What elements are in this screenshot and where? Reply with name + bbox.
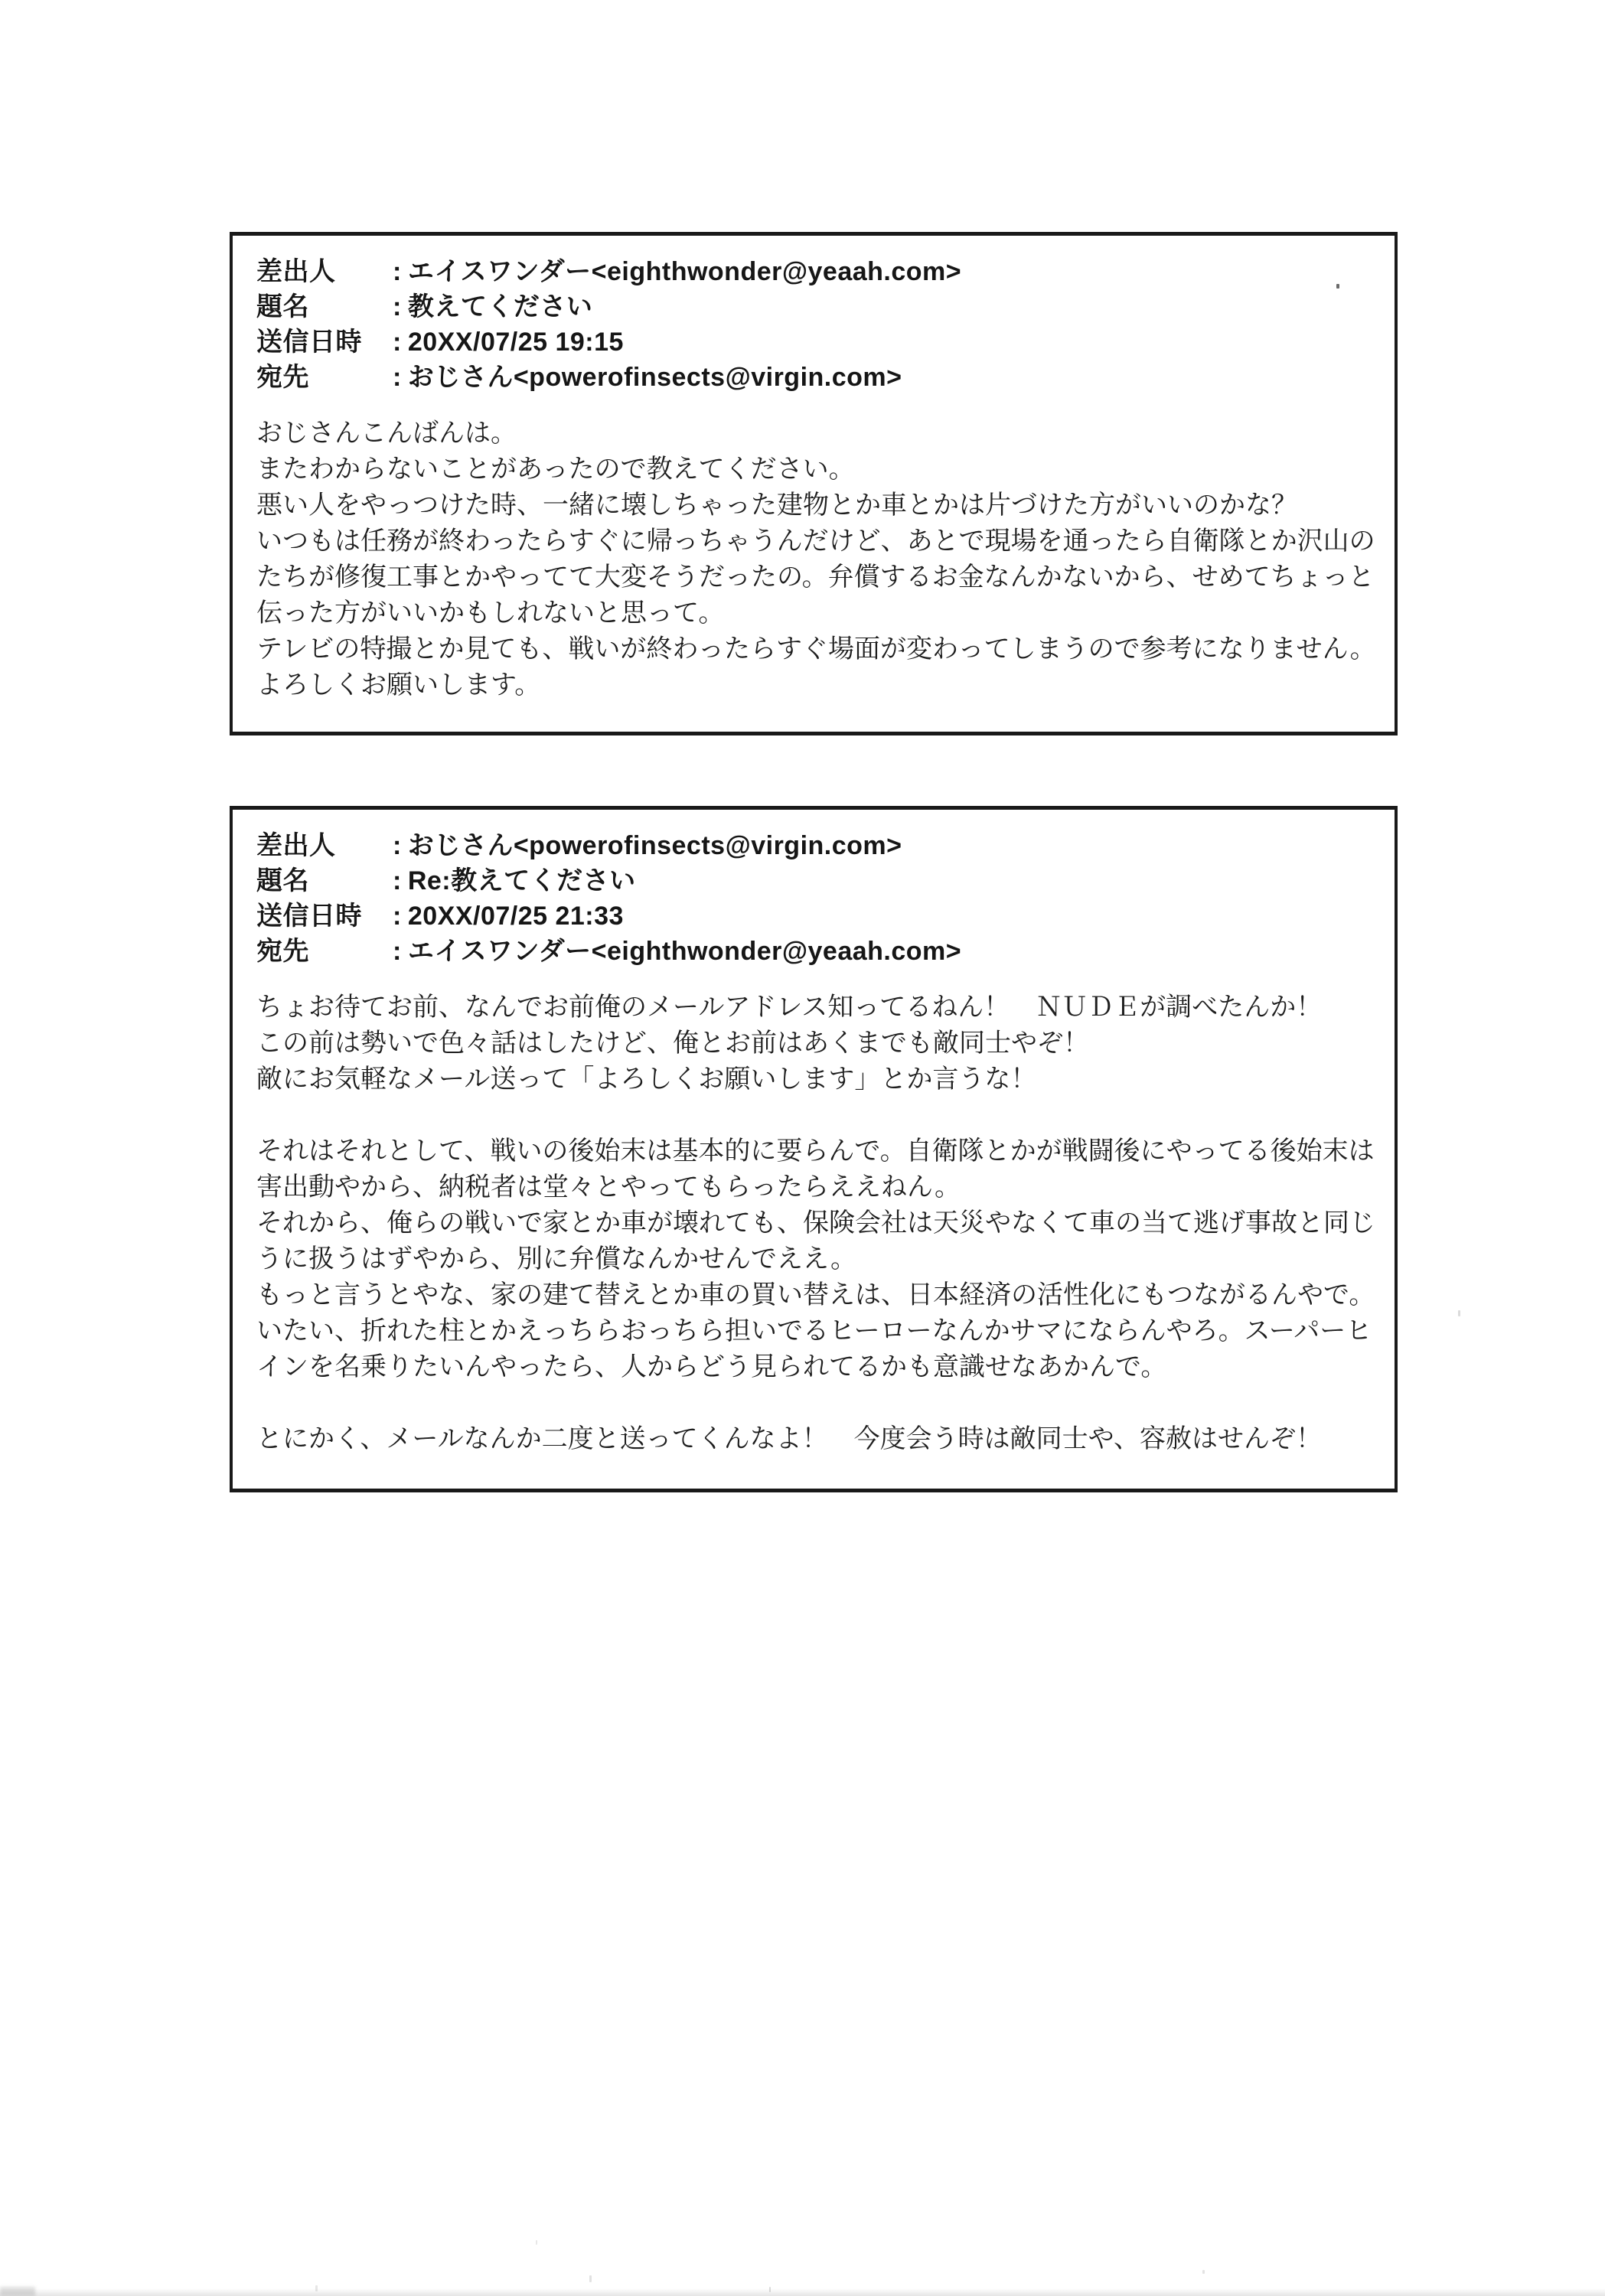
body-line: 敵にお気軽なメール送って「よろしくお願いします」とか言うな！: [256, 1062, 1375, 1097]
body-line: それはそれとして、戦いの後始末は基本的に要らんで。自衛隊とかが戦闘後にやってる後…: [256, 1133, 1375, 1169]
header-value: 20XX/07/25 19:15: [408, 325, 624, 360]
header-value: おじさん<powerofinsects@virgin.com>: [408, 360, 902, 395]
email-1-body: おじさんこんばんは。 またわからないことがあったので教えてください。 悪い人をや…: [256, 416, 1375, 703]
email-message-1: 差出人:エイスワンダー<eighthwonder@yeaah.com> 題名:教…: [230, 232, 1398, 735]
header-label: 題名: [256, 863, 393, 899]
header-separator: :: [393, 289, 402, 325]
body-line: たちが修復工事とかやってて大変そうだったの。弁償するお金なんかないから、せめてち…: [256, 559, 1375, 595]
header-separator: :: [393, 254, 402, 289]
scan-bottom-edge: [0, 2288, 1605, 2296]
scan-speck: [1458, 1310, 1460, 1316]
body-line: とにかく、メールなんか二度と送ってくんなよ！ 今度会う時は敵同士や、容赦はせんぞ…: [256, 1421, 1375, 1457]
body-line: おじさんこんばんは。: [256, 416, 1375, 452]
body-line: またわからないことがあったので教えてください。: [256, 452, 1375, 488]
header-label: 差出人: [256, 254, 393, 289]
header-row-subject: 題名:Re:教えてください: [256, 863, 1375, 899]
header-row-recipient: 宛先:おじさん<powerofinsects@virgin.com>: [256, 360, 1375, 395]
body-line: いつもは任務が終わったらすぐに帰っちゃうんだけど、あとで現場を通ったら自衛隊とか…: [256, 523, 1375, 559]
header-row-sender: 差出人:エイスワンダー<eighthwonder@yeaah.com>: [256, 254, 1375, 289]
body-line: 害出動やから、納税者は堂々とやってもらったらええねん。: [256, 1169, 1375, 1205]
header-label: 送信日時: [256, 899, 393, 934]
header-label: 宛先: [256, 360, 393, 395]
email-message-2: 差出人:おじさん<powerofinsects@virgin.com> 題名:R…: [230, 806, 1398, 1492]
header-value: エイスワンダー<eighthwonder@yeaah.com>: [408, 254, 961, 289]
body-line: インを名乗りたいんやったら、人からどう見られてるかも意識せなあかんで。: [256, 1349, 1375, 1385]
header-label: 題名: [256, 289, 393, 325]
body-line: この前は勢いで色々話はしたけど、俺とお前はあくまでも敵同士やぞ！: [256, 1026, 1375, 1062]
body-line-blank: [256, 1385, 1375, 1421]
header-value: Re:教えてください: [408, 863, 636, 899]
header-row-sender: 差出人:おじさん<powerofinsects@virgin.com>: [256, 828, 1375, 863]
body-line: いたい、折れた柱とかえっちらおっちら担いでるヒーローなんかサマにならんやろ。スー…: [256, 1313, 1375, 1349]
body-line: よろしくお願いします。: [256, 667, 1375, 703]
header-value: おじさん<powerofinsects@virgin.com>: [408, 828, 902, 863]
header-separator: :: [393, 325, 402, 360]
header-separator: :: [393, 863, 402, 899]
email-1-headers: 差出人:エイスワンダー<eighthwonder@yeaah.com> 題名:教…: [256, 254, 1375, 395]
header-row-date: 送信日時:20XX/07/25 19:15: [256, 325, 1375, 360]
header-value: 20XX/07/25 21:33: [408, 899, 624, 934]
body-line: 悪い人をやっつけた時、一緒に壊しちゃった建物とか車とかは片づけた方がいいのかな？: [256, 488, 1375, 523]
header-row-date: 送信日時:20XX/07/25 21:33: [256, 899, 1375, 934]
header-separator: :: [393, 360, 402, 395]
body-line: それから、俺らの戦いで家とか車が壊れても、保険会社は天災やなくて車の当て逃げ事故…: [256, 1205, 1375, 1241]
header-separator: :: [393, 828, 402, 863]
body-line: うに扱うはずやから、別に弁償なんかせんでええ。: [256, 1241, 1375, 1277]
body-line-blank: [256, 1097, 1375, 1133]
email-2-headers: 差出人:おじさん<powerofinsects@virgin.com> 題名:R…: [256, 828, 1375, 969]
header-separator: :: [393, 899, 402, 934]
header-value: 教えてください: [408, 289, 593, 325]
body-line: ちょお待てお前、なんでお前俺のメールアドレス知ってるねん！ ＮＵＤＥが調べたんか…: [256, 990, 1375, 1026]
header-row-subject: 題名:教えてください: [256, 289, 1375, 325]
scan-speck: [1336, 284, 1339, 289]
header-row-recipient: 宛先:エイスワンダー<eighthwonder@yeaah.com>: [256, 934, 1375, 969]
header-value: エイスワンダー<eighthwonder@yeaah.com>: [408, 934, 961, 969]
body-line: テレビの特撮とか見ても、戦いが終わったらすぐ場面が変わってしまうので参考になりま…: [256, 631, 1375, 667]
header-separator: :: [393, 934, 402, 969]
header-label: 差出人: [256, 828, 393, 863]
scanned-email-page: 差出人:エイスワンダー<eighthwonder@yeaah.com> 題名:教…: [0, 0, 1605, 2296]
scan-speck: [1202, 2270, 1205, 2274]
email-2-body: ちょお待てお前、なんでお前俺のメールアドレス知ってるねん！ ＮＵＤＥが調べたんか…: [256, 990, 1375, 1457]
header-label: 送信日時: [256, 325, 393, 360]
body-line: もっと言うとやな、家の建て替えとか車の買い替えは、日本経済の活性化にもつながるん…: [256, 1277, 1375, 1313]
body-line: 伝った方がいいかもしれないと思って。: [256, 595, 1375, 631]
header-label: 宛先: [256, 934, 393, 969]
scan-speck: [589, 2275, 592, 2282]
scan-speck: [536, 2240, 537, 2245]
